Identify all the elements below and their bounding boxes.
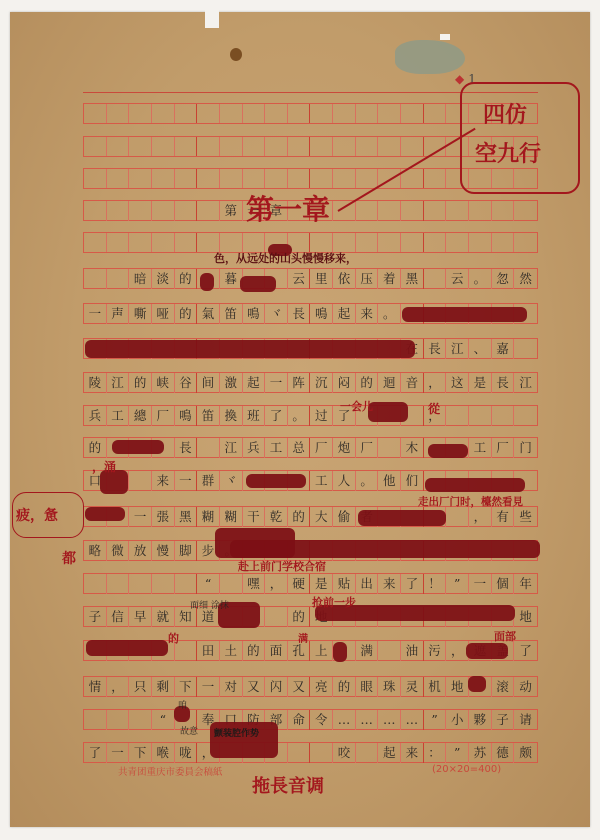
grid-cell: 的 — [356, 373, 379, 393]
redaction — [112, 440, 164, 454]
grid-cell: 们 — [401, 471, 424, 491]
grid-cell: 嘉 — [492, 339, 515, 359]
grid-cell: 机 — [424, 677, 447, 697]
grid-cell: 夥 — [469, 710, 492, 730]
grid-row: 了一下喉咙，咬起来：”苏德颇 — [83, 742, 538, 763]
grid-cell — [84, 201, 107, 221]
grid-cell: 里 — [310, 269, 333, 289]
grid-cell — [129, 233, 152, 252]
grid-cell: 的 — [175, 269, 198, 289]
grid-cell: 苏 — [469, 743, 492, 763]
paper-tear — [440, 34, 450, 40]
grid-cell: 剩 — [152, 677, 175, 697]
edit-annotation: 一会儿 — [340, 398, 373, 414]
grid-cell: 声 — [107, 304, 130, 324]
grid-cell — [152, 169, 175, 188]
grid-cell — [514, 201, 537, 221]
grid-cell: 是 — [469, 373, 492, 393]
grid-cell — [424, 269, 447, 289]
redaction — [85, 340, 415, 358]
grid-cell — [107, 574, 130, 594]
grid-cell: … — [378, 710, 401, 730]
corner-note-line2: 空九行 — [475, 137, 541, 168]
edit-annotation: ，涌 — [92, 458, 116, 475]
grid-cell: 出 — [356, 574, 379, 594]
redaction — [428, 444, 468, 458]
grid-cell: 一 — [129, 507, 152, 527]
grid-cell — [310, 169, 333, 188]
grid-cell: 满 — [356, 641, 379, 661]
grid-cell: 陵 — [84, 373, 107, 393]
grid-cell — [152, 201, 175, 221]
grid-cell — [401, 233, 424, 252]
grid-cell: 江 — [220, 438, 243, 458]
grid-cell — [446, 507, 469, 527]
edit-annotation: 從 — [428, 400, 440, 417]
grid-cell: 来 — [378, 574, 401, 594]
edit-annotation: 故意 — [180, 724, 198, 737]
grid-cell — [288, 169, 311, 188]
grid-cell — [288, 137, 311, 156]
grid-cell — [129, 104, 152, 123]
grid-cell: … — [333, 710, 356, 730]
grid-cell: 張 — [152, 507, 175, 527]
grid-cell: 阵 — [288, 373, 311, 393]
grid-cell: 江 — [514, 373, 537, 393]
grid-capacity: (20×20=400) — [432, 764, 501, 775]
grid-cell: 是 — [310, 574, 333, 594]
grid-cell — [84, 137, 107, 156]
grid-cell: 来 — [152, 471, 175, 491]
grid-cell — [175, 169, 198, 188]
corner-note-line1: 四仿 — [483, 98, 527, 129]
grid-cell — [333, 137, 356, 156]
grid-cell — [378, 104, 401, 123]
grid-cell: 兵 — [84, 406, 107, 426]
grid-cell: ， — [424, 373, 447, 393]
grid-cell — [424, 201, 447, 221]
grid-cell: 慢 — [152, 541, 175, 561]
redaction — [86, 640, 168, 656]
grid-cell: 子 — [492, 710, 515, 730]
grid-cell — [424, 233, 447, 252]
grid-cell: 鳴 — [175, 406, 198, 426]
grid-cell: ， — [469, 507, 492, 527]
grid-cell: 信 — [107, 607, 130, 627]
grid-cell: 请 — [514, 710, 537, 730]
grid-cell: 哑 — [152, 304, 175, 324]
grid-row: 暗淡的暮云里依压着黑云。忽然 — [83, 268, 538, 289]
grid-cell: 一 — [84, 304, 107, 324]
grid-cell: ！ — [424, 574, 447, 594]
grid-cell: 子 — [84, 607, 107, 627]
grid-cell: 令 — [310, 710, 333, 730]
grid-cell: 又 — [243, 677, 266, 697]
grid-cell: 厂 — [152, 406, 175, 426]
grid-cell — [356, 201, 379, 221]
grid-cell: 来 — [401, 743, 424, 763]
grid-cell: 糊 — [197, 507, 220, 527]
grid-cell — [469, 233, 492, 252]
grid-cell: 換 — [220, 406, 243, 426]
redaction — [200, 273, 214, 291]
grid-cell: ” — [424, 710, 447, 730]
grid-cell: 放 — [129, 541, 152, 561]
ink-spot — [230, 48, 242, 61]
grid-cell — [401, 137, 424, 156]
grid-cell — [84, 574, 107, 594]
grid-cell: 江 — [446, 339, 469, 359]
grid-cell — [265, 137, 288, 156]
grid-cell: 黑 — [401, 269, 424, 289]
grid-cell: 笛 — [220, 304, 243, 324]
grid-cell — [129, 137, 152, 156]
grid-cell: 個 — [492, 574, 515, 594]
grid-cell: 对 — [220, 677, 243, 697]
grid-cell — [175, 574, 198, 594]
redaction — [368, 402, 408, 422]
grid-cell — [424, 104, 447, 123]
edit-annotation: 走出厂门时，檯然看見 — [418, 494, 523, 509]
redaction — [402, 307, 527, 322]
grid-cell: 然 — [514, 269, 537, 289]
grid-cell — [84, 169, 107, 188]
grid-cell: 鳴 — [310, 304, 333, 324]
grid-cell: 炮 — [333, 438, 356, 458]
grid-cell: 小 — [446, 710, 469, 730]
grid-cell: 木 — [401, 438, 424, 458]
grid-cell: 他 — [378, 471, 401, 491]
grid-cell: 笛 — [197, 406, 220, 426]
grid-cell: 咬 — [333, 743, 356, 763]
grid-cell: 忽 — [492, 269, 515, 289]
grid-cell: 过 — [310, 406, 333, 426]
grid-cell: ， — [107, 677, 130, 697]
grid-cell — [492, 406, 515, 426]
grid-cell: 有 — [492, 507, 515, 527]
grid-cell: 面 — [265, 641, 288, 661]
grid-cell: 的 — [84, 438, 107, 458]
grid-cell: 些 — [514, 507, 537, 527]
grid-cell: 人 — [333, 471, 356, 491]
grid-cell: “ — [197, 574, 220, 594]
grid-cell — [197, 201, 220, 221]
chapter-title: 第一章 — [246, 188, 330, 228]
grid-row: 一張黑糊糊干乾的大偷者，有些 — [83, 506, 538, 527]
grid-cell: 珠 — [378, 677, 401, 697]
grid-cell: 来 — [356, 304, 379, 324]
grid-cell: 了 — [401, 574, 424, 594]
grid-cell: 咙 — [175, 743, 198, 763]
grid-cell: 。 — [469, 269, 492, 289]
grid-cell: 颇 — [514, 743, 537, 763]
grid-cell — [469, 201, 492, 221]
grid-cell: 闷 — [333, 373, 356, 393]
grid-cell — [333, 201, 356, 221]
grid-cell — [378, 641, 401, 661]
grid-cell — [107, 269, 130, 289]
grid-cell: 鳴 — [243, 304, 266, 324]
grid-cell: 的 — [333, 677, 356, 697]
grid-cell — [107, 201, 130, 221]
grid-cell: 沉 — [310, 373, 333, 393]
grid-cell: 命 — [288, 710, 311, 730]
grid-cell: 干 — [243, 507, 266, 527]
grid-cell — [129, 471, 152, 491]
edit-annotation: 面部 — [494, 628, 516, 644]
grid-cell: 厂 — [310, 438, 333, 458]
grid-cell: 嘿 — [243, 574, 266, 594]
grid-cell — [107, 137, 130, 156]
grid-cell: 地 — [446, 677, 469, 697]
grid-cell — [220, 169, 243, 188]
grid-cell: 田 — [197, 641, 220, 661]
grid-cell: 土 — [220, 641, 243, 661]
grid-cell: 眼 — [356, 677, 379, 697]
grid-cell: 第 — [220, 201, 243, 221]
grid-cell — [129, 574, 152, 594]
grid-cell: 工 — [107, 406, 130, 426]
grid-cell: 下 — [175, 677, 198, 697]
redaction — [333, 642, 347, 662]
grid-cell: 硬 — [288, 574, 311, 594]
grid-cell: 早 — [129, 607, 152, 627]
grid-cell: 污 — [424, 641, 447, 661]
grid-cell — [356, 104, 379, 123]
grid-cell — [492, 233, 515, 252]
grid-cell: 情 — [84, 677, 107, 697]
grid-cell: 工 — [469, 438, 492, 458]
grid-cell — [197, 137, 220, 156]
grid-cell: 就 — [152, 607, 175, 627]
grid-cell: 依 — [333, 269, 356, 289]
edit-annotation: 赴上前门学校合宿 — [238, 558, 326, 574]
grid-cell: 厂 — [356, 438, 379, 458]
grid-cell: 云 — [446, 269, 469, 289]
grid-cell — [220, 137, 243, 156]
grid-cell: 间 — [197, 373, 220, 393]
paper-imprint: 共青团重庆市委員会稿紙 — [118, 764, 223, 778]
grid-cell — [84, 104, 107, 123]
grid-cell — [446, 201, 469, 221]
grid-cell: 、 — [469, 339, 492, 359]
grid-cell: 地 — [514, 607, 537, 627]
grid-cell — [152, 233, 175, 252]
grid-cell — [333, 104, 356, 123]
grid-cell: 了 — [514, 641, 537, 661]
grid-cell — [107, 233, 130, 252]
grid-cell — [107, 710, 130, 730]
grid-cell — [514, 233, 537, 252]
grid-cell: ” — [446, 743, 469, 763]
grid-cell: 長 — [424, 339, 447, 359]
grid-cell: 略 — [84, 541, 107, 561]
grid-cell: 峡 — [152, 373, 175, 393]
grid-cell: ： — [424, 743, 447, 763]
grid-cell — [356, 169, 379, 188]
grid-cell: 班 — [243, 406, 266, 426]
grid-cell: 迴 — [378, 373, 401, 393]
grid-cell: 偷 — [333, 507, 356, 527]
grid-cell: 贴 — [333, 574, 356, 594]
grid-cell: 工 — [265, 438, 288, 458]
redaction — [230, 540, 540, 558]
grid-cell — [356, 233, 379, 252]
grid-cell: 淡 — [152, 269, 175, 289]
grid-cell: 。 — [378, 304, 401, 324]
redaction — [425, 478, 525, 492]
grid-cell — [378, 438, 401, 458]
grid-cell: 長 — [175, 438, 198, 458]
grid-cell — [492, 201, 515, 221]
grid-cell — [243, 137, 266, 156]
grid-cell: 。 — [288, 406, 311, 426]
grid-cell: 乾 — [265, 507, 288, 527]
grid-cell: 年 — [514, 574, 537, 594]
grid-cell: 大 — [310, 507, 333, 527]
grid-cell — [446, 233, 469, 252]
grid-cell: 氣 — [197, 304, 220, 324]
paper-tear — [205, 10, 219, 28]
grid-cell — [84, 269, 107, 289]
grid-cell — [152, 574, 175, 594]
edit-annotation: 抢前一步 — [312, 594, 356, 610]
grid-cell — [220, 574, 243, 594]
grid-cell — [129, 201, 152, 221]
grid-cell: 下 — [129, 743, 152, 763]
grid-cell: 厂 — [492, 438, 515, 458]
edit-annotation: 满 — [298, 630, 308, 645]
grid-cell — [197, 438, 220, 458]
grid-cell: 長 — [492, 373, 515, 393]
grid-cell: 微 — [107, 541, 130, 561]
edit-annotation: 疲，惫 — [16, 505, 58, 525]
redaction — [358, 510, 446, 526]
grid-cell: 工 — [310, 471, 333, 491]
grid-cell — [288, 104, 311, 123]
grid-cell: 谷 — [175, 373, 198, 393]
edit-annotation: 拖長音调 — [252, 772, 324, 798]
grid-cell: 暗 — [129, 269, 152, 289]
grid-cell — [220, 104, 243, 123]
grid-cell: 滚 — [492, 677, 515, 697]
grid-cell — [378, 201, 401, 221]
edit-annotation: 颤装腔作势 — [214, 726, 259, 739]
grid-cell: 長 — [288, 304, 311, 324]
edit-annotation: 面细 涂抹 — [190, 598, 229, 611]
grid-cell: ヾ — [220, 471, 243, 491]
grid-cell: 的 — [288, 607, 311, 627]
grid-cell — [152, 137, 175, 156]
grid-cell: 。 — [356, 471, 379, 491]
grid-cell — [469, 406, 492, 426]
water-stain — [395, 40, 465, 74]
grid-cell: ， — [265, 574, 288, 594]
edit-annotation: 都 — [62, 548, 76, 568]
grid-cell: 嘶 — [129, 304, 152, 324]
grid-cell: 云 — [288, 269, 311, 289]
grid-cell — [175, 137, 198, 156]
grid-cell: 了 — [84, 743, 107, 763]
grid-cell: 的 — [129, 373, 152, 393]
grid-cell — [310, 743, 333, 763]
redaction — [240, 276, 276, 292]
grid-cell — [175, 201, 198, 221]
grid-cell: 起 — [378, 743, 401, 763]
grid-cell — [265, 607, 288, 627]
grid-cell: 一 — [265, 373, 288, 393]
grid-cell — [152, 104, 175, 123]
grid-cell: 上 — [310, 641, 333, 661]
grid-cell: … — [401, 710, 424, 730]
grid-cell: 门 — [514, 438, 537, 458]
edit-annotation: 咱 — [178, 698, 187, 711]
grid-cell: 油 — [401, 641, 424, 661]
grid-cell: 喉 — [152, 743, 175, 763]
redaction — [246, 474, 306, 488]
grid-cell: 一 — [197, 677, 220, 697]
grid-cell — [514, 406, 537, 426]
grid-cell: 一 — [107, 743, 130, 763]
grid-cell — [310, 104, 333, 123]
grid-cell: 又 — [288, 677, 311, 697]
grid-cell — [84, 710, 107, 730]
grid-cell: 的 — [243, 641, 266, 661]
grid-row: 陵江的峡谷间激起一阵沉闷的迴音，这是長江 — [83, 372, 538, 393]
grid-row: “奉口防部命令…………”小夥子请 — [83, 709, 538, 730]
grid-cell: 一 — [469, 574, 492, 594]
grid-cell — [514, 339, 537, 359]
grid-cell: 闪 — [265, 677, 288, 697]
grid-cell: ” — [446, 574, 469, 594]
edit-annotation: 的 — [168, 630, 179, 646]
redaction — [85, 507, 125, 521]
grid-cell: 一 — [175, 471, 198, 491]
grid-cell: 起 — [243, 373, 266, 393]
redaction — [468, 676, 486, 692]
grid-cell: 动 — [514, 677, 537, 697]
grid-cell: 亮 — [310, 677, 333, 697]
grid-cell — [265, 169, 288, 188]
grid-cell — [356, 743, 379, 763]
grid-cell — [243, 169, 266, 188]
grid-cell — [197, 104, 220, 123]
grid-cell — [129, 169, 152, 188]
grid-cell — [288, 743, 311, 763]
grid-cell — [107, 169, 130, 188]
grid-cell: 音 — [401, 373, 424, 393]
grid-cell: 起 — [333, 304, 356, 324]
grid-row: 兵工總厂鳴笛換班了。过了， — [83, 405, 538, 426]
grid-cell: 脚 — [175, 541, 198, 561]
edit-annotation: 色，从远处的山头慢慢移来， — [214, 250, 357, 266]
seal-mark: ◆ — [455, 72, 464, 86]
grid-cell: 德 — [492, 743, 515, 763]
grid-cell: 只 — [129, 677, 152, 697]
grid-cell — [197, 169, 220, 188]
grid-cell — [446, 406, 469, 426]
grid-cell: 群 — [197, 471, 220, 491]
grid-cell — [175, 104, 198, 123]
grid-cell — [129, 710, 152, 730]
grid-cell — [401, 104, 424, 123]
grid-cell — [333, 169, 356, 188]
grid-cell — [243, 104, 266, 123]
grid-cell: 了 — [265, 406, 288, 426]
grid-cell — [378, 233, 401, 252]
grid-cell — [424, 169, 447, 188]
grid-cell — [378, 137, 401, 156]
